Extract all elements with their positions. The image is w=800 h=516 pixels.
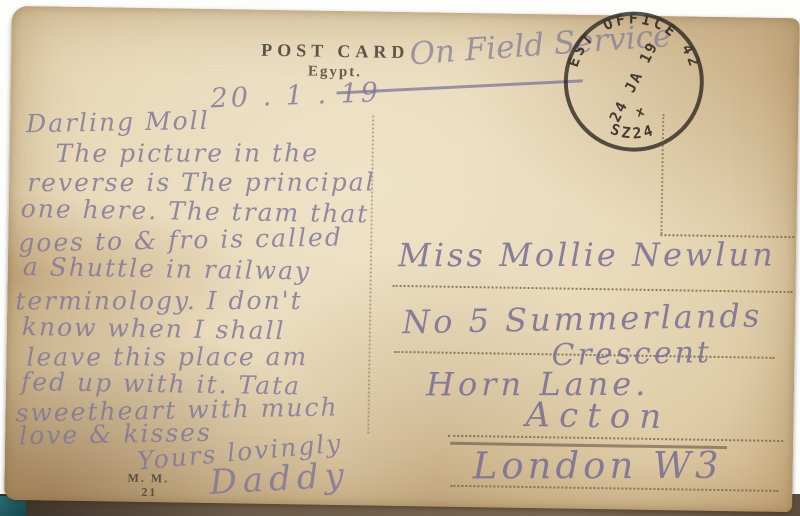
postmark-killer-mark: x xyxy=(634,104,646,121)
address-rule xyxy=(393,285,793,293)
address-recipient: Miss Mollie Newlun xyxy=(398,239,776,272)
message-line: know when I shall xyxy=(22,314,286,343)
svg-text:SZ24: SZ24 xyxy=(608,120,658,143)
date-note: 20 . 1 . 19 xyxy=(210,79,381,112)
postcard-title: POST CARD xyxy=(245,40,425,64)
message-line: goes to & fro is called xyxy=(18,224,343,255)
scanned-postcard-photo: POST CARD Egypt. On Field Service 20 . 1… xyxy=(0,0,800,516)
message-line: leave this place am xyxy=(26,344,308,369)
centre-divider-line xyxy=(367,116,374,434)
publisher-initials: M. M. xyxy=(127,471,169,487)
message-line: The picture in the xyxy=(56,140,319,165)
postcard-back: POST CARD Egypt. On Field Service 20 . 1… xyxy=(4,6,800,512)
postmark-stamp: EST OFFICE 42 SZ24 24 JA 19 x xyxy=(534,2,737,175)
message-line: a Shuttle in railway xyxy=(23,254,312,284)
publisher-number: 21 xyxy=(141,485,157,500)
message-line: Darling Moll xyxy=(26,108,210,137)
address-district: Acton xyxy=(525,398,670,434)
message-line: terminology. I don't xyxy=(15,288,302,314)
message-line: reverse is The principal xyxy=(27,170,375,196)
address-city: London W3 xyxy=(473,447,723,484)
postmark-bottom-arc-text: SZ24 xyxy=(608,120,658,143)
postmark-date: 24 JA 19 xyxy=(606,38,662,125)
address-street: No 5 Summerlands xyxy=(402,299,763,338)
message-signature: Daddy xyxy=(209,458,351,500)
